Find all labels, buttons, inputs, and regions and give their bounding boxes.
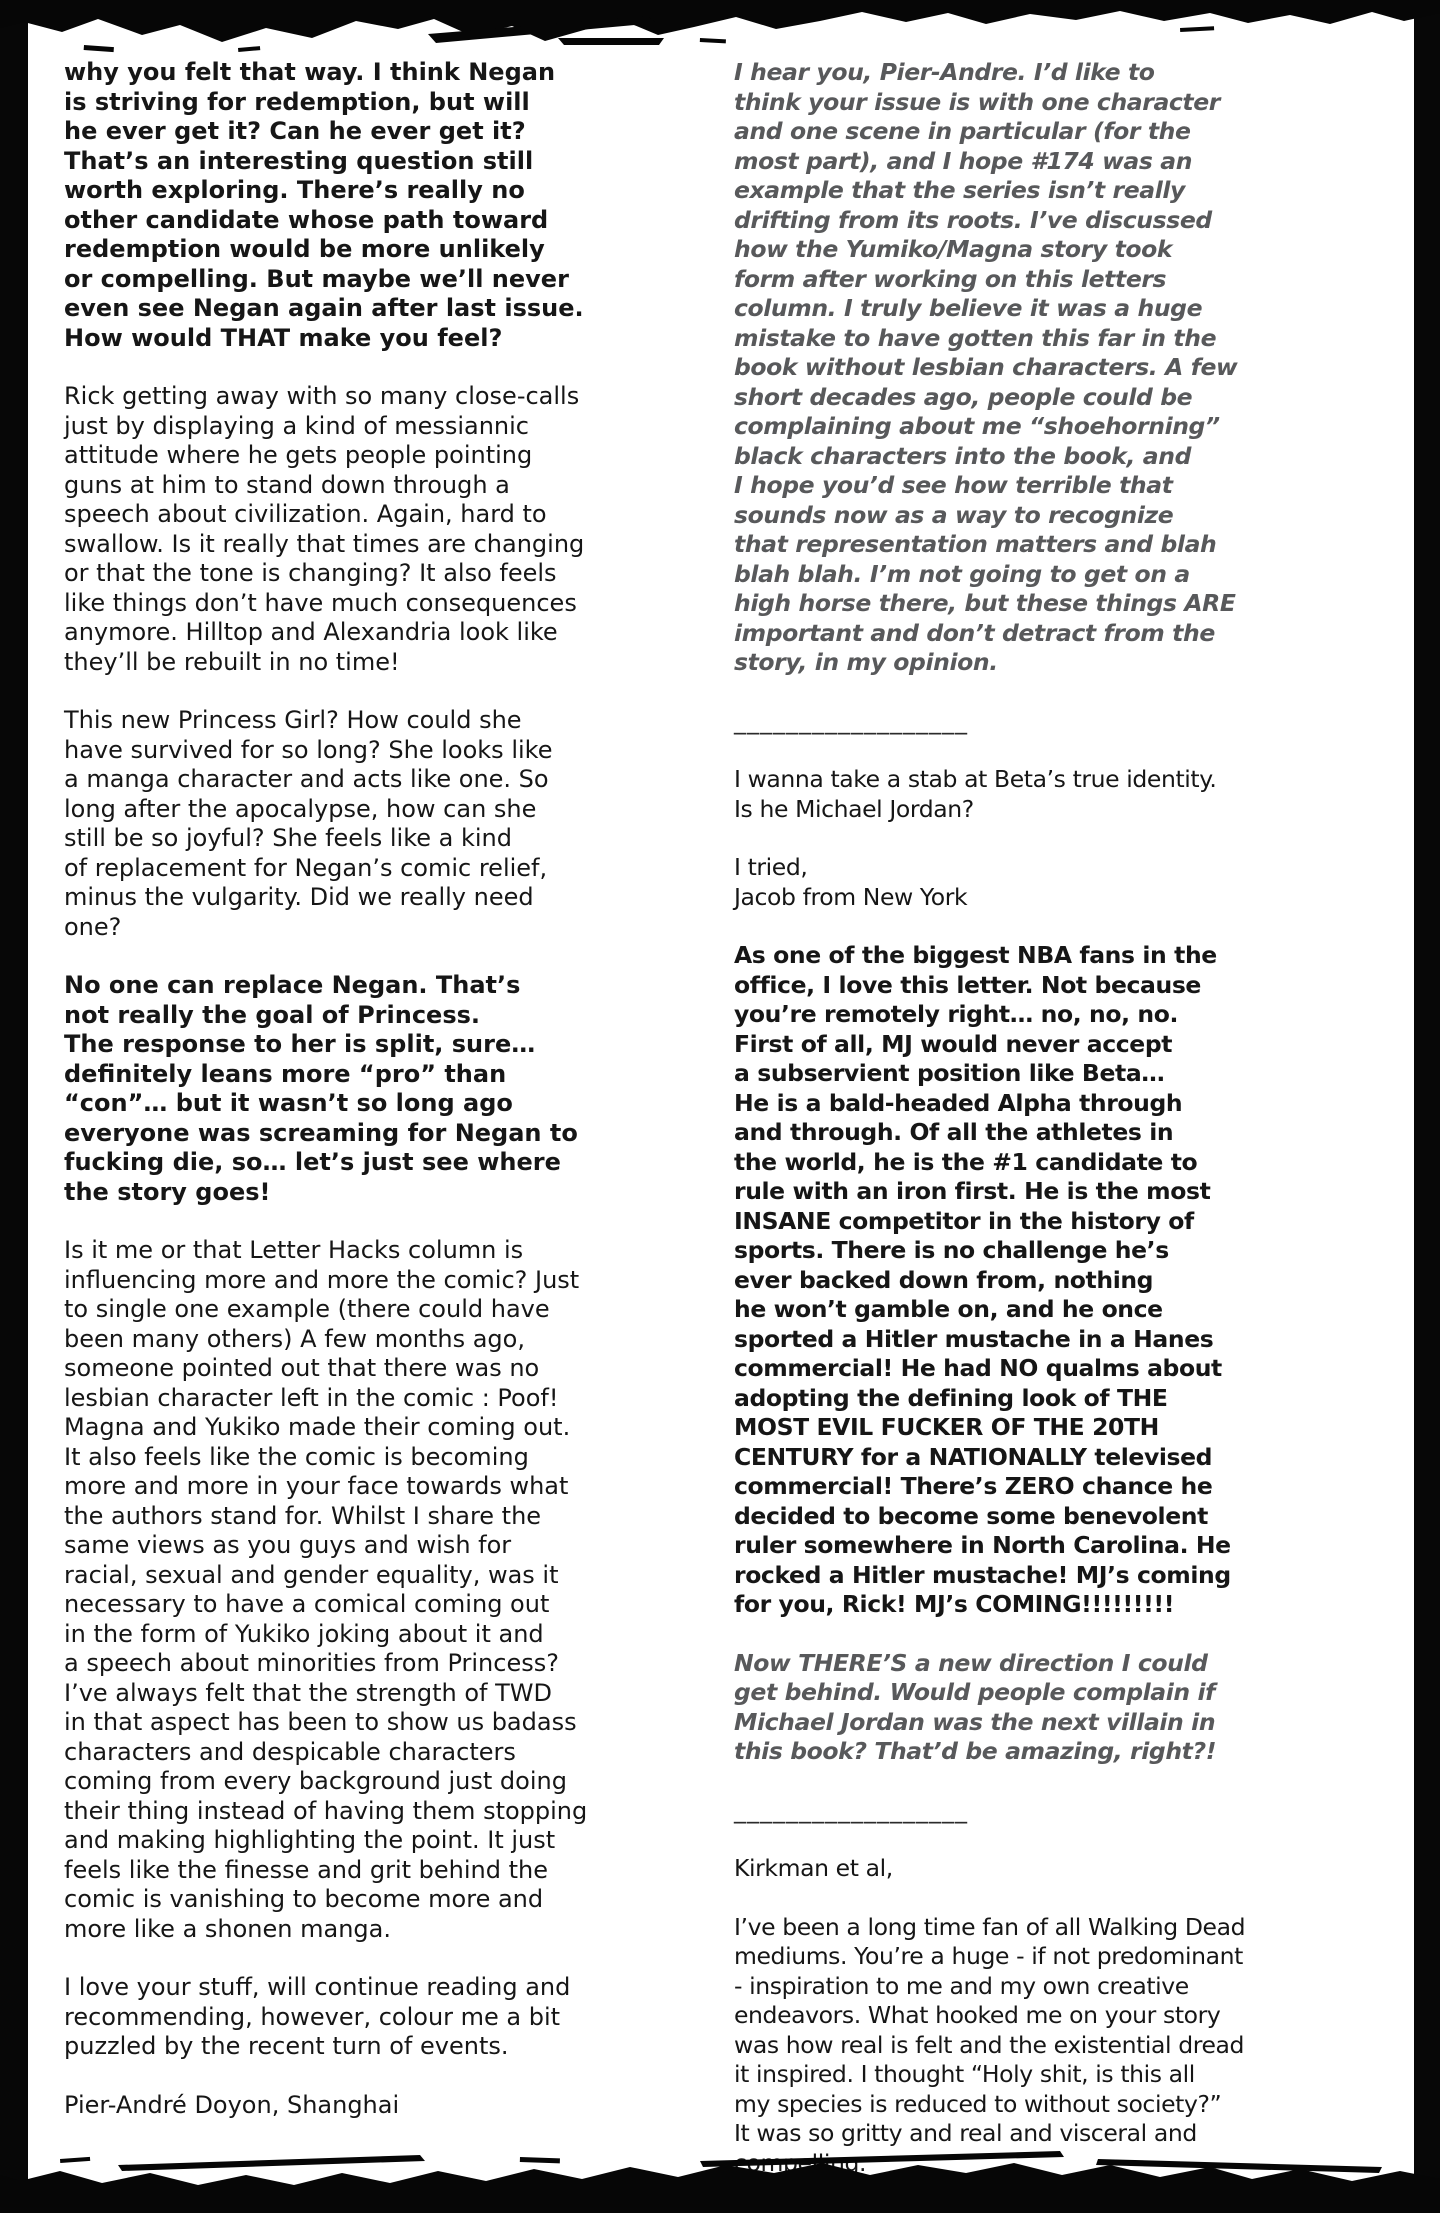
editor-response-negan: why you felt that way. I think Negan is …	[64, 58, 712, 353]
letter-paragraph-letter-hacks: Is it me or that Letter Hacks column is …	[64, 1236, 712, 1944]
letter-paragraph-rick: Rick getting away with so many close-cal…	[64, 382, 712, 677]
letter-paragraph-princess: This new Princess Girl? How could she ha…	[64, 706, 712, 942]
editor-response-mj: As one of the biggest NBA fans in the of…	[734, 941, 1406, 1620]
letter-divider: __________________	[734, 707, 1406, 737]
editor-response-gray-representation: I hear you, Pier-Andre. I’d like to thin…	[734, 58, 1406, 678]
letter-divider: __________________	[734, 1796, 1406, 1826]
letter-paragraph-long-time-fan: I’ve been a long time fan of all Walking…	[734, 1913, 1406, 2179]
editor-response-gray-mj-villain: Now THERE’S a new direction I could get …	[734, 1649, 1406, 1767]
editor-response-princess: No one can replace Negan. That’s not rea…	[64, 971, 712, 1207]
letter-paragraph-beta-identity: I wanna take a stab at Beta’s true ident…	[734, 765, 1406, 824]
right-text-column: I hear you, Pier-Andre. I’d like to thin…	[734, 58, 1406, 2207]
left-text-column: why you felt that way. I think Negan is …	[64, 58, 712, 2120]
letter-signature-pier-andre: Pier-André Doyon, Shanghai	[64, 2091, 712, 2121]
letter-paragraph-closing: I love your stuff, will continue reading…	[64, 1973, 712, 2062]
letter-signature-jacob: I tried, Jacob from New York	[734, 853, 1406, 912]
letter-salutation-kirkman: Kirkman et al,	[734, 1854, 1406, 1884]
